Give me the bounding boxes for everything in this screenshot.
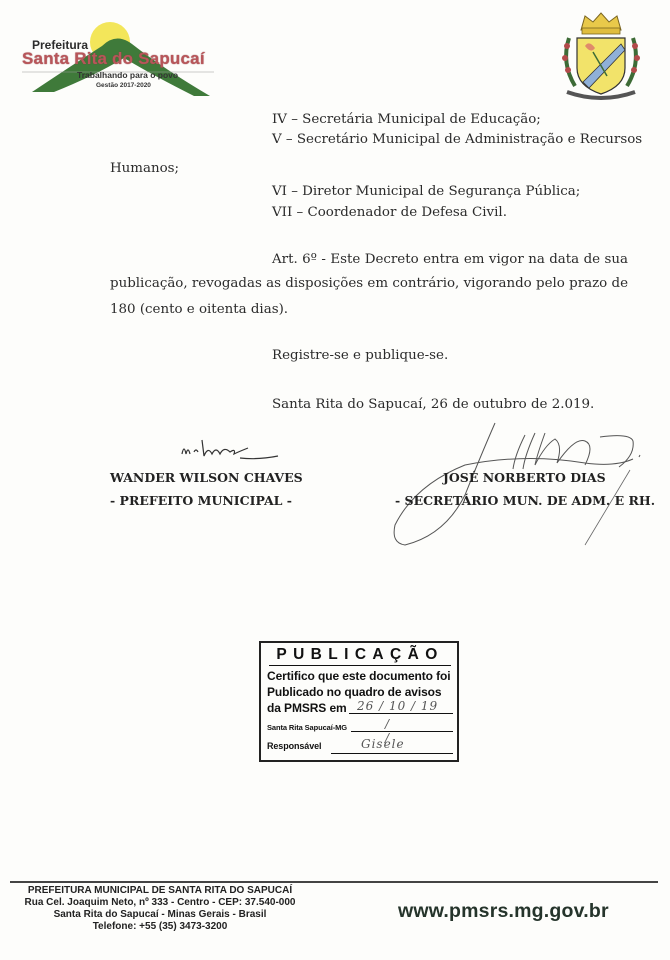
item-v-continuation: Humanos; [110,161,179,176]
article-6-line-3: 180 (cento e oitenta dias). [110,302,288,317]
item-vi: VI – Diretor Municipal de Segurança Públ… [272,184,580,199]
stamp-responsible-value: Gisele [361,737,405,751]
item-vii: VII – Coordenador de Defesa Civil. [272,205,507,220]
article-6-line-1: Art. 6º - Este Decreto entra em vigor na… [272,252,628,267]
stamp-line-1: Certifico que este documento foi [267,669,451,683]
place-date: Santa Rita do Sapucaí, 26 de outubro de … [272,397,594,412]
footer-divider [10,881,658,883]
article-6-line-2: publicação, revogadas as disposições em … [110,276,628,291]
mayor-name: WANDER WILSON CHAVES [110,470,303,485]
logo-gestao: Gestão 2017-2020 [96,82,151,89]
footer-address: Rua Cel. Joaquim Neto, nº 333 - Centro -… [10,897,310,909]
stamp-line-2: Publicado no quadro de avisos [267,685,441,699]
stamp-date-value: 26 / 10 / 19 [357,699,438,713]
stamp-title: PUBLICAÇÃO [269,646,451,666]
footer-address-block: PREFEITURA MUNICIPAL DE SANTA RITA DO SA… [10,885,310,933]
footer-website-link[interactable]: www.pmsrs.mg.gov.br [398,900,609,923]
stamp-line-3: da PMSRS em [267,701,347,715]
stamp-line-5: Responsável [267,741,321,751]
footer-phone: Telefone: +55 (35) 3473-3200 [10,921,310,933]
footer-city: Santa Rita do Sapucaí - Minas Gerais - B… [10,909,310,921]
mayor-role: - PREFEITO MUNICIPAL - [110,493,292,508]
prefeitura-logo: Prefeitura Santa Rita do Sapucaí Trabalh… [14,14,214,104]
publication-stamp: PUBLICAÇÃO Certifico que este documento … [259,641,459,762]
logo-slogan: Trabalhando para o povo [77,70,178,80]
stamp-date-line [349,713,453,714]
coat-of-arms-icon [555,8,647,103]
logo-city-name: Santa Rita do Sapucaí [22,49,205,69]
item-v: V – Secretário Municipal de Administraçã… [272,132,642,147]
secretary-role: - SECRETÁRIO MUN. DE ADM. E RH. [395,493,655,508]
footer-org: PREFEITURA MUNICIPAL DE SANTA RITA DO SA… [10,885,310,897]
register-text: Registre-se e publique-se. [272,348,448,363]
secretary-name: JOSÉ NORBERTO DIAS [443,470,606,485]
stamp-line-4: Santa Rita Sapucaí-MG [267,723,347,732]
stamp-responsible-line [331,753,453,754]
item-iv: IV – Secretária Municipal de Educação; [272,112,541,127]
mayor-signature-icon [178,434,288,464]
